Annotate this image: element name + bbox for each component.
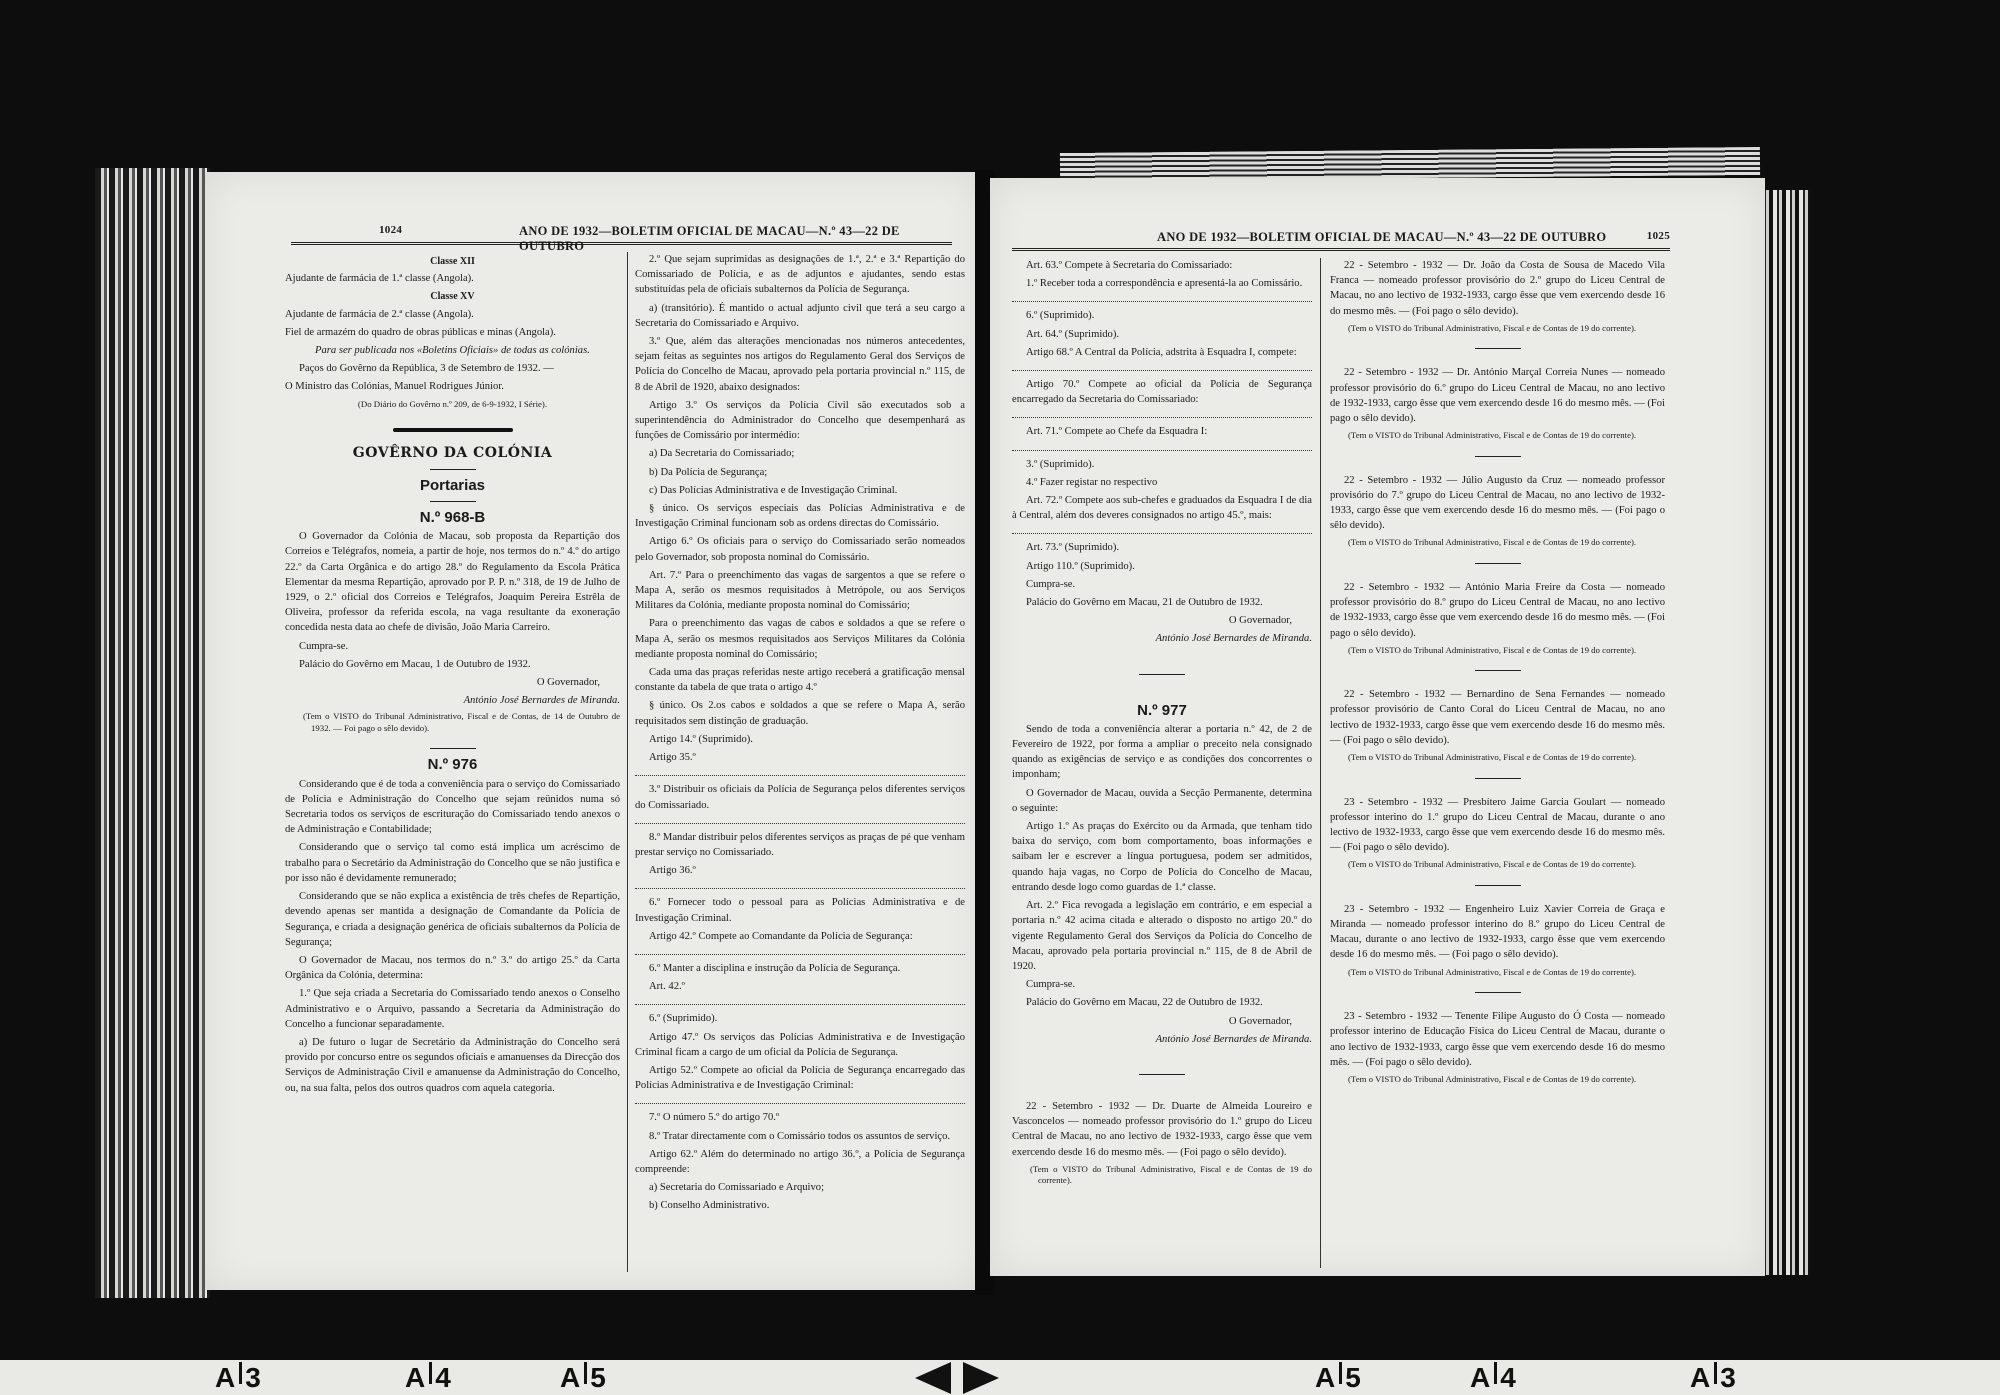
book-page-edges-right (1760, 190, 1810, 1275)
ellipsis-line (635, 816, 965, 824)
cumpra-se: Cumpra-se. (1012, 977, 1312, 992)
paragraph: Para o preenchimento das vagas de cabos … (635, 616, 965, 662)
paragraph: Considerando que é de toda a conveniênci… (285, 777, 620, 838)
running-head-title: ANO DE 1932—BOLETIM OFICIAL DE MACAU—N.º… (519, 224, 952, 254)
ellipsis-line (635, 881, 965, 889)
pacos-line: Paços do Govêrno da República, 3 de Sete… (285, 361, 620, 376)
paragraph: Artigo 42.º Compete ao Comandante da Pol… (635, 929, 965, 944)
film-arrow-left-icon (915, 1362, 951, 1394)
portaria-body: O Governador da Colónia de Macau, sob pr… (285, 529, 620, 635)
paragraph: a) Secretaria do Comissariado e Arquivo; (635, 1180, 965, 1195)
text-block: Art. 63.º Compete à Secretaria do Comiss… (1012, 258, 1312, 291)
paragraph: Considerando que se não explica a existê… (285, 889, 620, 950)
divider (430, 748, 476, 749)
divider (1475, 885, 1521, 886)
paragraph: Artigo 47.º Os serviços das Polícias Adm… (635, 1030, 965, 1060)
visto-note: (Tem o VISTO do Tribunal Administrativo,… (1338, 752, 1665, 764)
paragraph: O Governador de Macau, nos termos do n.º… (285, 953, 620, 983)
portaria-number-976: N.º 976 (285, 757, 620, 772)
paragraph: Artigo 36.º (635, 863, 965, 878)
text-block: 8.º Mandar distribuir pelos diferentes s… (635, 830, 965, 879)
divider (1475, 456, 1521, 457)
divider (1139, 674, 1185, 675)
visto-note: (Tem o VISTO do Tribunal Administrativo,… (1338, 859, 1665, 871)
running-head-right: ANO DE 1932—BOLETIM OFICIAL DE MACAU—N.º… (1012, 230, 1670, 251)
text-block: Artigo 70.º Compete ao oficial da Políci… (1012, 377, 1312, 407)
paragraph: Artigo 6.º Os oficiais para o serviço do… (635, 534, 965, 564)
cumpra-se: Cumpra-se. (1012, 577, 1312, 592)
text-block: 6.º (Suprimido).Art. 64.º (Suprimido).Ar… (1012, 308, 1312, 360)
paragraph: Artigo 1.º As praças do Exército ou da A… (1012, 819, 1312, 895)
paragraph: Sendo de toda a conveniência alterar a p… (1012, 722, 1312, 783)
divider (1475, 348, 1521, 349)
paragraph: Cada uma das praças referidas neste arti… (635, 665, 965, 695)
paragraph: Artigo 62.º Além do determinado no artig… (635, 1147, 965, 1177)
classe-item: Fiel de armazém do quadro de obras públi… (285, 325, 620, 340)
visto-note: (Tem o VISTO do Tribunal Administrativo,… (1020, 1164, 1312, 1187)
governador-label: O Governador, (1012, 613, 1312, 628)
text-block: 2.º Que sejam suprimidas as designações … (635, 252, 965, 765)
paragraph: a) Da Secretaria do Comissariado; (635, 446, 965, 461)
appointment-entry: 23 - Setembro - 1932 — Tenente Filipe Au… (1330, 1009, 1665, 1070)
paragraph: Art. 42.º (635, 979, 965, 994)
ministro-line: O Ministro das Colónias, Manuel Rodrigue… (285, 379, 620, 394)
visto-note: (Tem o VISTO do Tribunal Administrativo,… (1338, 645, 1665, 657)
section-title: GOVÊRNO DA COLÓNIA (285, 446, 620, 461)
paragraph: Artigo 68.º A Central da Polícia, adstri… (1012, 345, 1312, 360)
palacio-line: Palácio do Govêrno em Macau, 22 de Outub… (1012, 995, 1312, 1010)
divider (1475, 563, 1521, 564)
film-frame-mark: A5 (560, 1362, 607, 1394)
classe-item: Ajudante de farmácia de 1.ª classe (Ango… (285, 271, 620, 286)
film-arrow-right-icon (963, 1362, 999, 1394)
publish-note: Para ser publicada nos «Boletins Oficiai… (285, 343, 620, 358)
ellipsis-line (1012, 443, 1312, 451)
divider (430, 501, 476, 502)
appointment-entry: 22 - Setembro - 1932 — António Maria Fre… (1330, 580, 1665, 641)
divider (1475, 778, 1521, 779)
ellipsis-line (1012, 410, 1312, 418)
visto-note: (Tem o VISTO do Tribunal Administrativo,… (1338, 537, 1665, 549)
divider (1139, 1074, 1185, 1075)
appointment-entry: 22 - Setembro - 1932 — Júlio Augusto da … (1330, 473, 1665, 534)
left-page: 1024 ANO DE 1932—BOLETIM OFICIAL DE MACA… (205, 172, 980, 1290)
diario-citation: (Do Diário do Govêrno n.º 209, de 6-9-19… (285, 398, 620, 410)
film-frame-mark: A3 (215, 1362, 262, 1394)
paragraph: c) Das Polícias Administrativa e de Inve… (635, 483, 965, 498)
governador-label: O Governador, (285, 675, 620, 690)
signature: António José Bernardes de Miranda. (1012, 631, 1312, 646)
palacio-line: Palácio do Govêrno em Macau, 21 de Outub… (1012, 595, 1312, 610)
ellipsis-line (635, 947, 965, 955)
left-column-a: Classe XII Ajudante de farmácia de 1.ª c… (285, 252, 620, 1099)
paragraph: Artigo 14.º (Suprimido). (635, 732, 965, 747)
paragraph: Artigo 3.º Os serviços da Polícia Civil … (635, 398, 965, 444)
paragraph: § único. Os serviços especiais das Políc… (635, 501, 965, 531)
paragraph: 1.º Receber toda a correspondência e apr… (1012, 276, 1312, 291)
paragraph: 8.º Tratar directamente com o Comissário… (635, 1129, 965, 1144)
visto-note: (Tem o VISTO do Tribunal Administrativo,… (1338, 967, 1665, 979)
portaria-976-body: Considerando que é de toda a conveniênci… (285, 777, 620, 1096)
paragraph: 6.º (Suprimido). (1012, 308, 1312, 323)
paragraph: Art. 73.º (Suprimido). (1012, 540, 1312, 555)
paragraph: a) (transitório). É mantido o actual adj… (635, 301, 965, 331)
ellipsis-line (1012, 526, 1312, 534)
paragraph: 2.º Que sejam suprimidas as designações … (635, 252, 965, 298)
text-block: 7.º O número 5.º do artigo 70.º8.º Trata… (635, 1110, 965, 1213)
paragraph: Artigo 52.º Compete ao oficial da Políci… (635, 1063, 965, 1093)
paragraph: Artigo 35.º (635, 750, 965, 765)
paragraph: Artigo 110.º (Suprimido). (1012, 559, 1312, 574)
paragraph: 8.º Mandar distribuir pelos diferentes s… (635, 830, 965, 860)
paragraph: Art. 71.º Compete ao Chefe da Esquadra I… (1012, 424, 1312, 439)
appointment-entry: 23 - Setembro - 1932 — Engenheiro Luiz X… (1330, 902, 1665, 963)
paragraph: Considerando que o serviço tal como está… (285, 840, 620, 886)
right-column-b: 22 - Setembro - 1932 — Dr. João da Costa… (1330, 258, 1665, 1092)
paragraph: 6.º Manter a disciplina e instrução da P… (635, 961, 965, 976)
paragraph: b) Da Polícia de Segurança; (635, 465, 965, 480)
cumpra-se: Cumpra-se. (285, 639, 620, 654)
appointment-entry: 22 - Setembro - 1932 — Dr. António Marça… (1330, 365, 1665, 426)
running-head-left: 1024 ANO DE 1932—BOLETIM OFICIAL DE MACA… (291, 224, 952, 245)
visto-note: (Tem o VISTO do Tribunal Administrativo,… (1338, 430, 1665, 442)
ellipsis-line (1012, 294, 1312, 302)
text-block: Art. 71.º Compete ao Chefe da Esquadra I… (1012, 424, 1312, 439)
paragraph: § único. Os 2.os cabos e soldados a que … (635, 698, 965, 728)
text-block: 3.º Distribuir os oficiais da Polícia de… (635, 782, 965, 812)
film-frame-mark: A3 (1690, 1362, 1737, 1394)
paragraph: Art. 63.º Compete à Secretaria do Comiss… (1012, 258, 1312, 273)
portaria-number-977: N.º 977 (1012, 703, 1312, 718)
paragraph: 4.º Fazer registar no respectivo (1012, 475, 1312, 490)
divider (1475, 992, 1521, 993)
portaria-977-body: Sendo de toda a conveniência alterar a p… (1012, 722, 1312, 974)
paragraph: O Governador de Macau, ouvida a Secção P… (1012, 786, 1312, 816)
ellipsis-line (635, 768, 965, 776)
film-frame-mark: A5 (1315, 1362, 1362, 1394)
visto-note: (Tem o VISTO do Tribunal Administrativo,… (293, 711, 620, 734)
page-edge-top (1060, 147, 1760, 181)
column-rule (1320, 258, 1321, 1268)
divider (430, 469, 476, 470)
book-page-edges-left (95, 168, 210, 1298)
paragraph: Art. 2.º Fica revogada a legislação em c… (1012, 898, 1312, 974)
text-block: 6.º Fornecer todo o pessoal para as Polí… (635, 895, 965, 944)
left-column-b: 2.º Que sejam suprimidas as designações … (635, 252, 965, 1217)
appointment-entry: 22 - Setembro - 1932 — Dr. João da Costa… (1330, 258, 1665, 319)
paragraph: Art. 7.º Para o preenchimento das vagas … (635, 568, 965, 614)
appointment-entry: 23 - Setembro - 1932 — Presbítero Jaime … (1330, 795, 1665, 856)
heading-classe-xii: Classe XII (285, 254, 620, 269)
portarias-title: Portarias (285, 478, 620, 493)
column-rule (627, 252, 628, 1272)
signature: António José Bernardes de Miranda. (285, 693, 620, 708)
right-page: ANO DE 1932—BOLETIM OFICIAL DE MACAU—N.º… (990, 178, 1765, 1276)
paragraph: Artigo 70.º Compete ao oficial da Políci… (1012, 377, 1312, 407)
paragraph: 3.º Que, além das alterações mencionadas… (635, 334, 965, 395)
paragraph: Art. 64.º (Suprimido). (1012, 327, 1312, 342)
ellipsis-line (635, 997, 965, 1005)
film-frame-mark: A4 (1470, 1362, 1517, 1394)
page-number: 1024 (379, 224, 402, 236)
appointment-entry: 22 - Setembro - 1932 — Dr. Duarte de Alm… (1012, 1099, 1312, 1160)
ellipsis-line (1012, 363, 1312, 371)
paragraph: a) De futuro o lugar de Secretário da Ad… (285, 1035, 620, 1096)
film-frame-mark: A4 (405, 1362, 452, 1394)
paragraph: 6.º Fornecer todo o pessoal para as Polí… (635, 895, 965, 925)
portaria-number-968b: N.º 968-B (285, 510, 620, 525)
appointment-entry: 22 - Setembro - 1932 — Bernardino de Sen… (1330, 687, 1665, 748)
governador-label: O Governador, (1012, 1014, 1312, 1029)
page-number: 1025 (1647, 230, 1670, 242)
divider (1475, 670, 1521, 671)
palacio-line: Palácio do Govêrno em Macau, 1 de Outubr… (285, 657, 620, 672)
text-block: 6.º (Suprimido).Artigo 47.º Os serviços … (635, 1011, 965, 1093)
paragraph: 3.º Distribuir os oficiais da Polícia de… (635, 782, 965, 812)
heading-classe-xv: Classe XV (285, 289, 620, 304)
visto-note: (Tem o VISTO do Tribunal Administrativo,… (1338, 1074, 1665, 1086)
paragraph: Art. 72.º Compete aos sub-chefes e gradu… (1012, 493, 1312, 523)
paragraph: b) Conselho Administrativo. (635, 1198, 965, 1213)
classe-item: Ajudante de farmácia de 2.ª classe (Ango… (285, 307, 620, 322)
text-block: Art. 72.º Compete aos sub-chefes e gradu… (1012, 493, 1312, 523)
text-block: 3.º (Suprimido).4.º Fazer registar no re… (1012, 457, 1312, 490)
ellipsis-line (635, 1096, 965, 1104)
section-divider (393, 428, 513, 432)
right-column-a: Art. 63.º Compete à Secretaria do Comiss… (1012, 258, 1312, 1193)
paragraph: 3.º (Suprimido). (1012, 457, 1312, 472)
paragraph: 6.º (Suprimido). (635, 1011, 965, 1026)
text-block: Art. 73.º (Suprimido).Artigo 110.º (Supr… (1012, 540, 1312, 573)
signature: António José Bernardes de Miranda. (1012, 1032, 1312, 1047)
running-head-title: ANO DE 1932—BOLETIM OFICIAL DE MACAU—N.º… (1157, 230, 1606, 245)
paragraph: 1.º Que seja criada a Secretaria do Comi… (285, 986, 620, 1032)
visto-note: (Tem o VISTO do Tribunal Administrativo,… (1338, 323, 1665, 335)
paragraph: 7.º O número 5.º do artigo 70.º (635, 1110, 965, 1125)
text-block: 6.º Manter a disciplina e instrução da P… (635, 961, 965, 994)
